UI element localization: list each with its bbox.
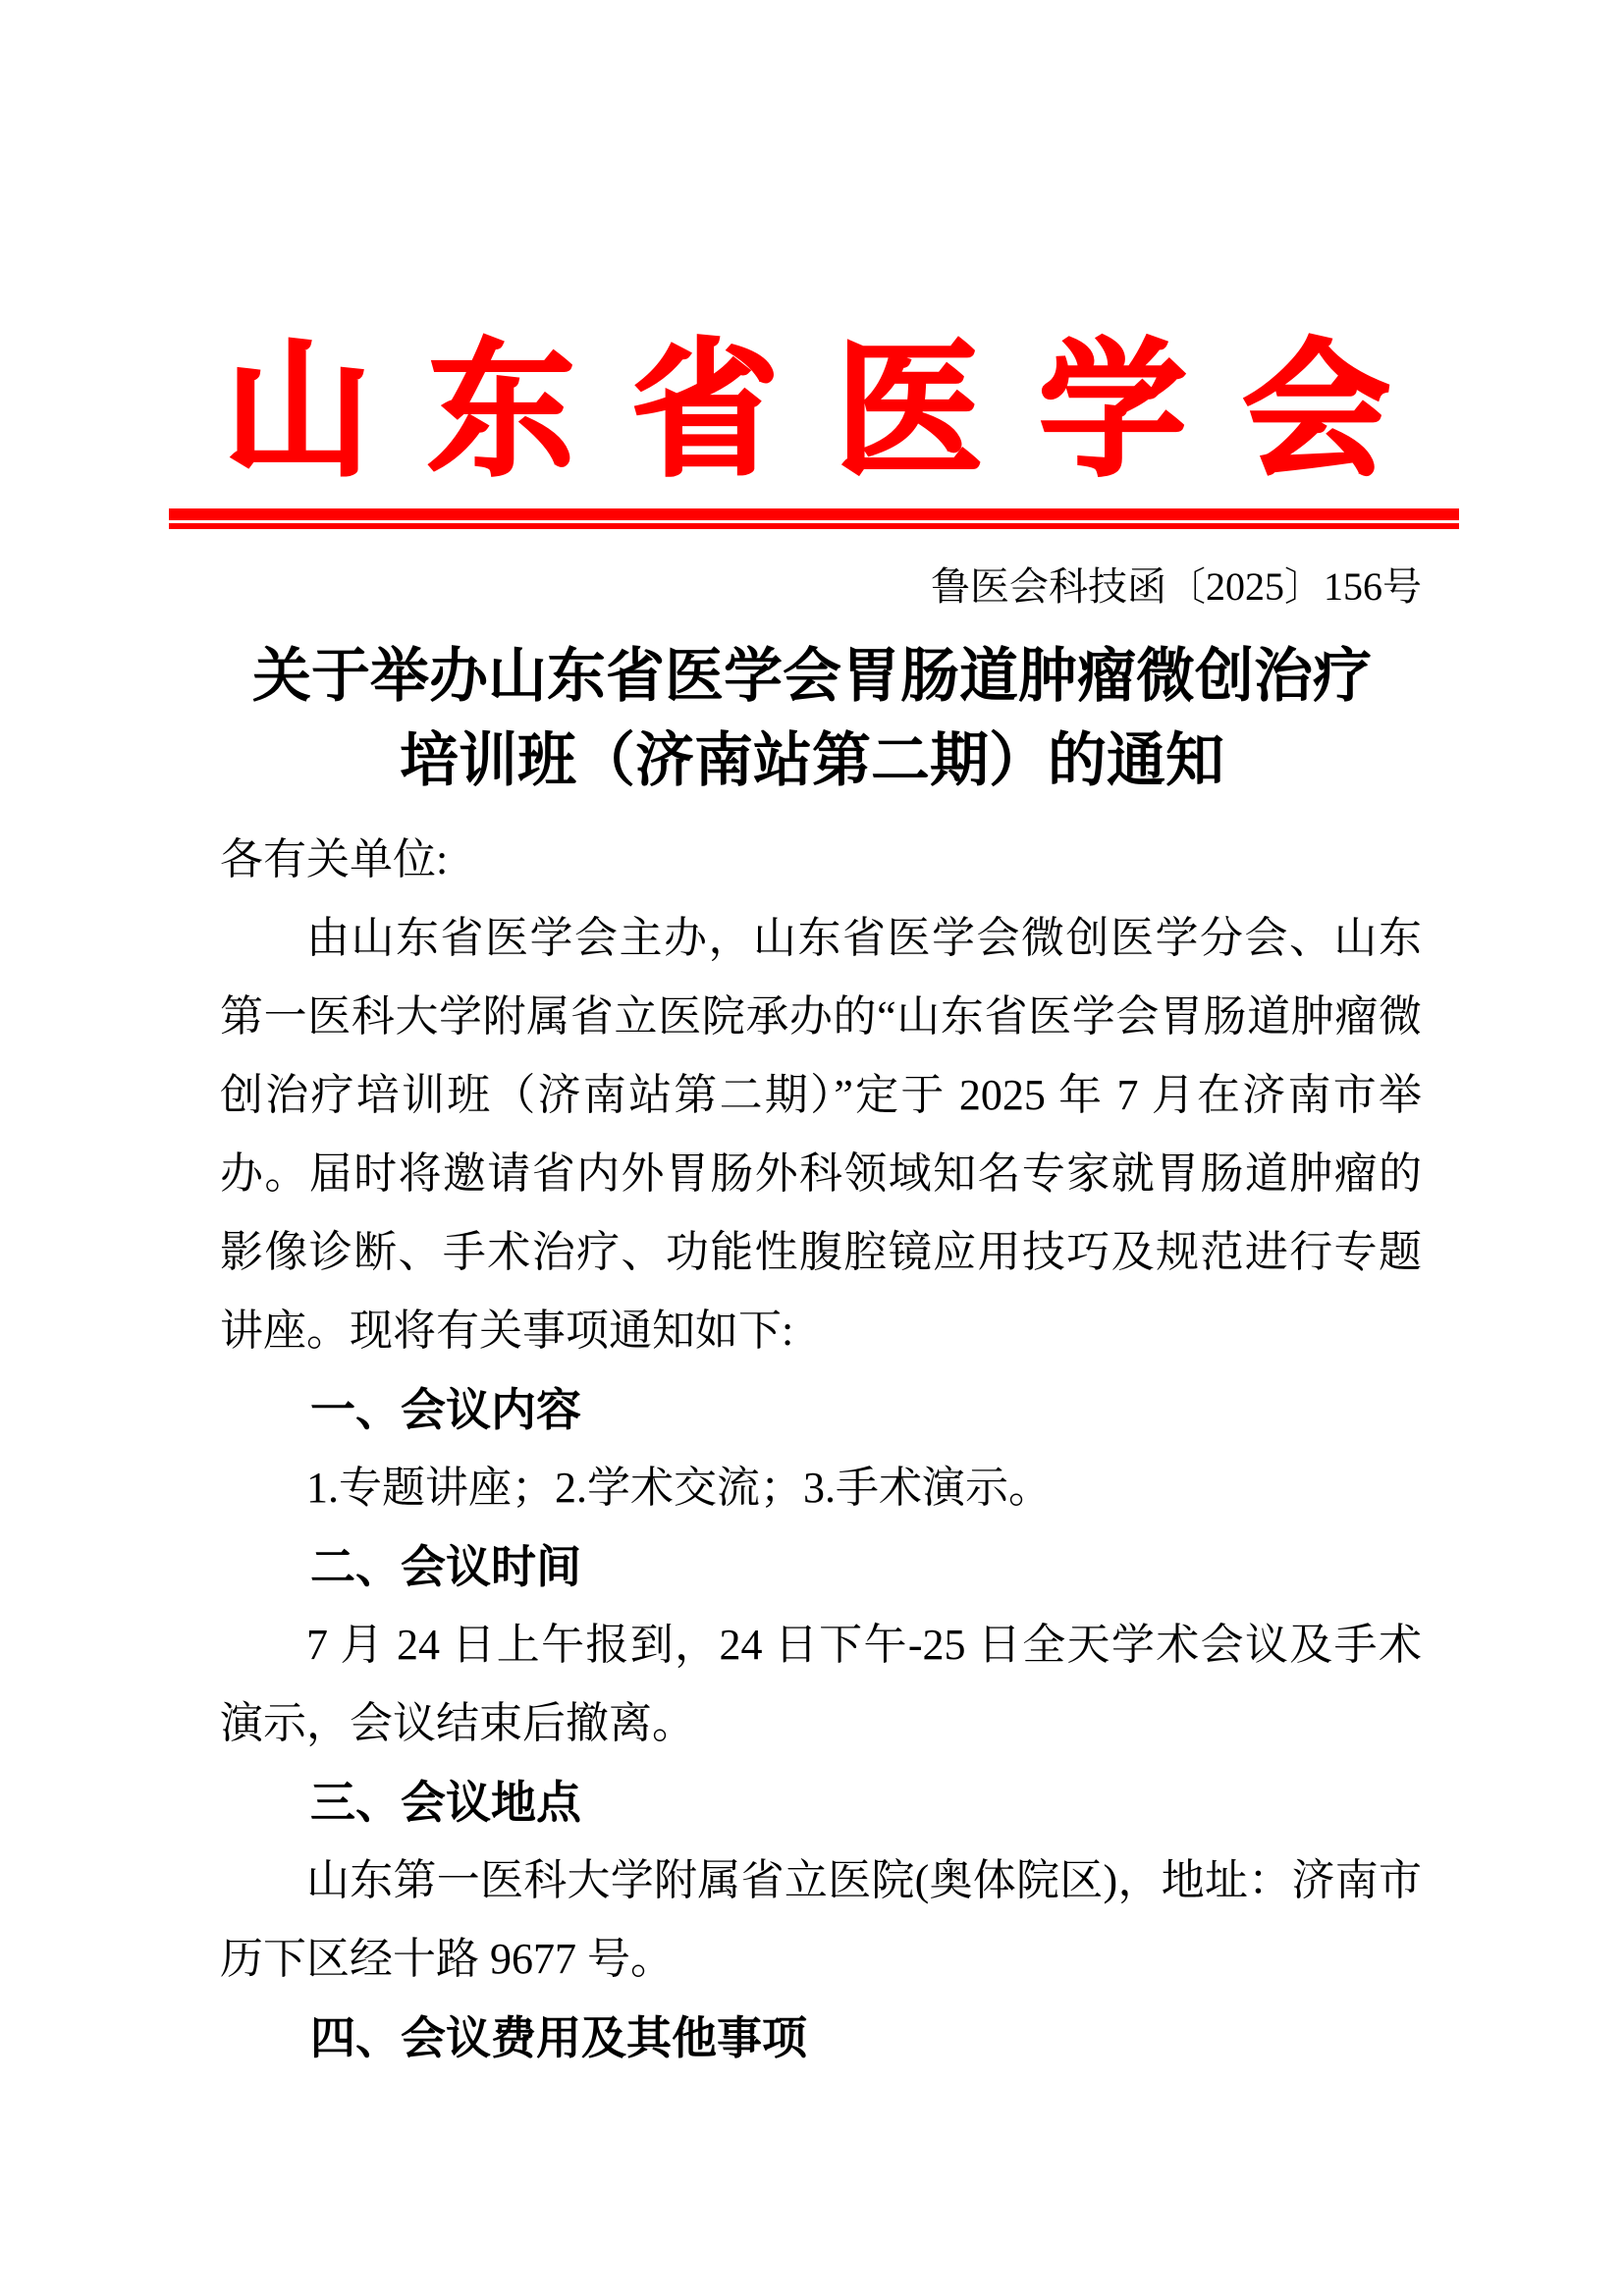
section-meeting-fees: 四、会议费用及其他事项	[220, 1999, 1422, 2077]
section-meeting-place: 三、会议地点 山东第一医科大学附属省立医院(奥体院区)，地址：济南市历下区经十路…	[220, 1763, 1422, 1999]
section-meeting-content-heading: 一、会议内容	[220, 1370, 1422, 1449]
section-meeting-time-paragraph: 7 月 24 日上午报到，24 日下午-25 日全天学术会议及手术演示，会议结束…	[220, 1606, 1422, 1763]
masthead-title: 山 东 省 医 学 会	[0, 329, 1624, 496]
notice-title: 关于举办山东省医学会胃肠道肿瘤微创治疗 培训班（济南站第二期）的通知	[0, 634, 1624, 803]
document-number: 鲁医会科技函〔2025〕156号	[0, 564, 1624, 610]
section-meeting-time: 二、会议时间 7 月 24 日上午报到，24 日下午-25 日全天学术会议及手术…	[220, 1527, 1422, 1763]
section-meeting-time-heading: 二、会议时间	[220, 1527, 1422, 1606]
red-divider-line	[169, 508, 1459, 529]
salutation: 各有关单位:	[220, 821, 1422, 899]
section-meeting-place-paragraph: 山东第一医科大学附属省立医院(奥体院区)，地址：济南市历下区经十路 9677 号…	[220, 1842, 1422, 1999]
section-meeting-content-paragraph: 1.专题讲座；2.学术交流；3.手术演示。	[220, 1449, 1422, 1527]
section-meeting-fees-heading: 四、会议费用及其他事项	[220, 1999, 1422, 2077]
notice-title-line2: 培训班（济南站第二期）的通知	[0, 719, 1624, 803]
intro-paragraph: 由山东省医学会主办，山东省医学会微创医学分会、山东第一医科大学附属省立医院承办的…	[220, 899, 1422, 1370]
section-meeting-place-heading: 三、会议地点	[220, 1763, 1422, 1842]
notice-title-line1: 关于举办山东省医学会胃肠道肿瘤微创治疗	[0, 634, 1624, 719]
notice-body: 各有关单位: 由山东省医学会主办，山东省医学会微创医学分会、山东第一医科大学附属…	[0, 821, 1624, 2077]
section-meeting-content: 一、会议内容 1.专题讲座；2.学术交流；3.手术演示。	[220, 1370, 1422, 1527]
document-page: 山 东 省 医 学 会 鲁医会科技函〔2025〕156号 关于举办山东省医学会胃…	[0, 0, 1624, 2296]
